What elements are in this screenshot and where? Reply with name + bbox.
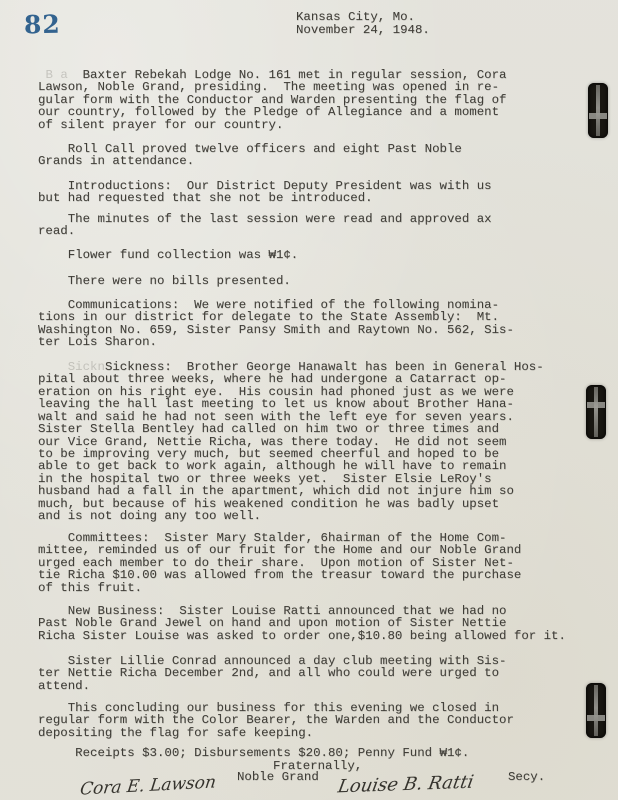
paragraph: There were no bills presented.	[38, 275, 291, 287]
binding-post-bottom	[586, 683, 606, 738]
binding-post-strip	[596, 85, 600, 136]
paragraph: Roll Call proved twelve officers and eig…	[38, 143, 462, 168]
paragraph: Introductions: Our District Deputy Presi…	[38, 180, 492, 205]
document-body: B a Baxter Rebekah Lodge No. 161 met in …	[0, 0, 618, 800]
secy-label: Secy.	[508, 770, 545, 784]
paragraph: B a Baxter Rebekah Lodge No. 161 met in …	[38, 69, 506, 131]
paragraph: Receipts $3.00; Disbursements $20.80; Pe…	[38, 747, 469, 759]
paragraph: Sister Lillie Conrad announced a day clu…	[38, 655, 506, 692]
paragraph: Flower fund collection was ₩1¢.	[38, 249, 298, 261]
binding-post-strip	[594, 387, 598, 437]
scanned-minutes-page: 82 Kansas City, Mo.November 24, 1948. B …	[0, 0, 618, 800]
binding-post-middle	[586, 385, 606, 439]
paragraph: This concluding our business for this ev…	[38, 702, 514, 739]
paragraph: SicknSickness: Brother George Hanawalt h…	[38, 361, 544, 522]
paragraph: The minutes of the last session were rea…	[38, 213, 492, 238]
paragraph: Communications: We were notified of the …	[38, 299, 514, 349]
noble-grand-label: Noble Grand	[237, 770, 319, 784]
binding-post-top	[588, 83, 608, 138]
binding-post-strip	[594, 685, 598, 736]
paragraph: New Business: Sister Louise Ratti announ…	[38, 605, 566, 642]
paragraph: Committees: Sister Mary Stalder, 6hairma…	[38, 532, 521, 594]
